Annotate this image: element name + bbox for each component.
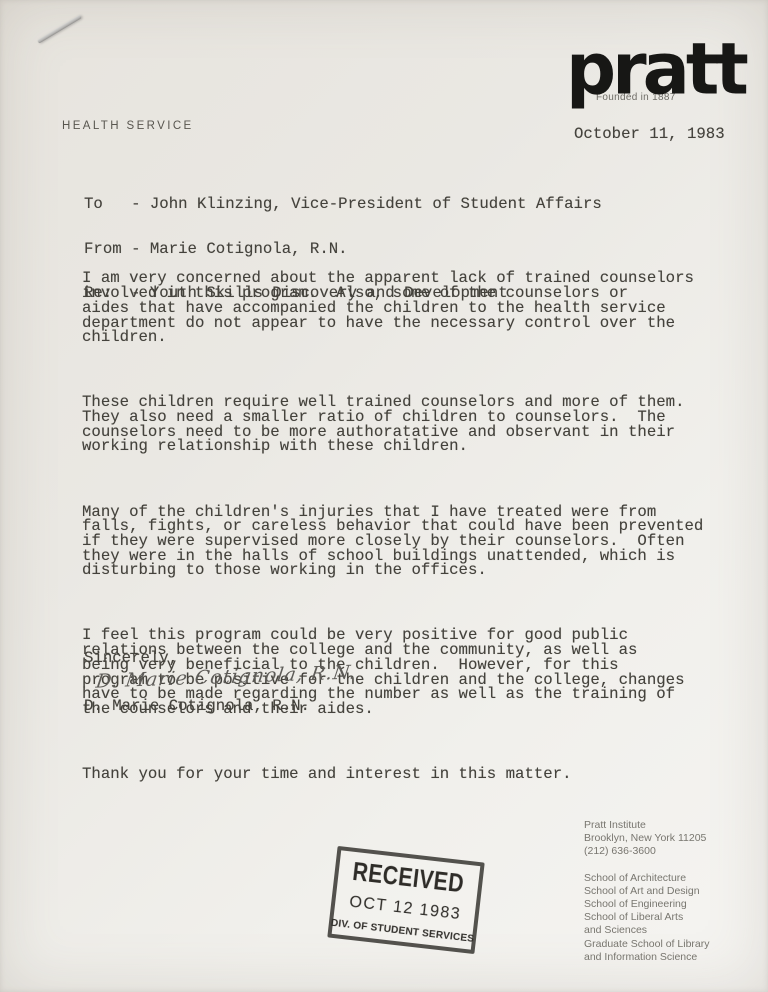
footer-school-liberal-arts: School of Liberal Arts <box>584 911 754 924</box>
footer-school-architecture: School of Architecture <box>584 872 754 885</box>
staple-mark <box>37 15 82 44</box>
footer-school-liberal-arts-cont: and Sciences <box>584 924 754 937</box>
stamp-received-label: RECEIVED <box>351 856 466 899</box>
footer-address-block: Pratt Institute Brooklyn, New York 11205… <box>584 819 754 859</box>
footer-grad-school-library: Graduate School of Library <box>584 938 754 951</box>
footer-schools-block: School of Architecture School of Art and… <box>584 872 754 964</box>
memo-to-line: To - John Klinzing, Vice-President of St… <box>84 197 602 212</box>
footer-school-art-design: School of Art and Design <box>584 885 754 898</box>
typed-signature-name: D. Marie Cotignola, R.N. <box>84 699 310 714</box>
letter-body: I am very concerned about the apparent l… <box>82 242 730 832</box>
footer-school-engineering: School of Engineering <box>584 898 754 911</box>
pratt-logo-wordmark: pratt <box>566 33 756 104</box>
footer-grad-school-library-cont: and Information Science <box>584 951 754 964</box>
paragraph-3: Many of the children's injuries that I h… <box>82 505 730 579</box>
paragraph-2: These children require well trained coun… <box>82 395 730 454</box>
pratt-logo: pratt Founded in 1887 <box>566 34 756 103</box>
paragraph-1: I am very concerned about the apparent l… <box>82 271 730 345</box>
footer-address-city: Brooklyn, New York 11205 <box>584 832 754 845</box>
letterhead-footer: Pratt Institute Brooklyn, New York 11205… <box>584 819 754 977</box>
received-date-stamp: RECEIVED OCT 12 1983 DIV. OF STUDENT SER… <box>327 846 484 954</box>
department-heading: HEALTH SERVICE <box>62 120 194 132</box>
paragraph-5: Thank you for your time and interest in … <box>82 767 730 782</box>
letter-date: October 11, 1983 <box>574 127 725 142</box>
footer-phone: (212) 636-3600 <box>584 845 754 858</box>
footer-institute-name: Pratt Institute <box>584 819 754 832</box>
valediction: Sincerely, <box>84 651 178 666</box>
scanned-letter-page: HEALTH SERVICE pratt Founded in 1887 Oct… <box>0 0 768 992</box>
